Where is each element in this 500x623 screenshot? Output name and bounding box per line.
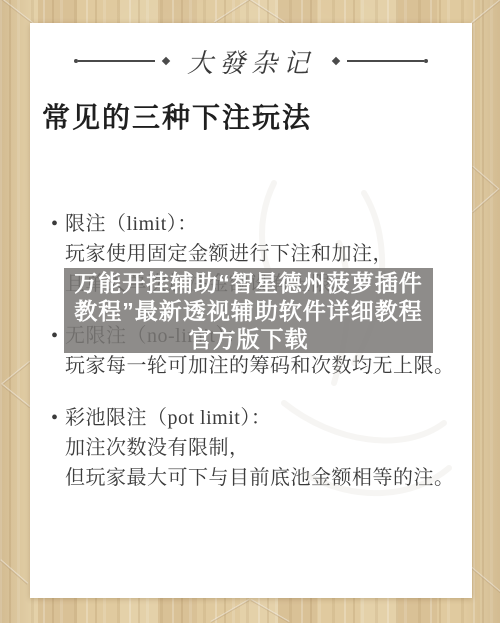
wood-seam <box>472 166 500 190</box>
logo: 大發杂记 <box>74 43 428 79</box>
wood-seam <box>250 599 289 623</box>
diamond-icon <box>162 57 170 65</box>
wood-seam <box>214 0 250 23</box>
wood-seam <box>1 384 30 408</box>
wood-background: 大發杂记 常见的三种下注玩法 • 限注（limit）： 玩家使用固定金额进行下注… <box>0 0 500 623</box>
wood-seam <box>1 361 30 385</box>
wood-seam <box>0 559 28 584</box>
bullet-icon: • <box>51 403 59 433</box>
item-line: 玩家使用固定金额进行下注和加注， <box>65 239 462 269</box>
line-end-dot-icon <box>424 59 428 63</box>
wood-seam <box>471 0 500 24</box>
bullet-icon: • <box>51 321 59 351</box>
item-heading: 限注（limit）： <box>65 209 462 239</box>
diamond-icon <box>332 57 340 65</box>
wood-seam <box>471 567 500 593</box>
wood-seam <box>210 599 249 623</box>
item-line: 玩家每一轮可加注的筹码和次数均无上限。 <box>65 351 462 381</box>
item-line: 加注次数没有限制， <box>65 433 462 463</box>
logo-text: 大發杂记 <box>177 43 325 80</box>
bullet-icon: • <box>51 209 59 239</box>
logo-rule-left <box>78 60 155 62</box>
promo-overlay-banner: 万能开挂辅助“智星德州菠萝插件教程”最新透视辅助软件详细教程官方版下载 <box>64 268 433 353</box>
wood-seam <box>472 189 500 213</box>
logo-rule-right <box>347 60 424 62</box>
wood-seam <box>249 0 285 23</box>
page-title: 常见的三种下注玩法 <box>42 99 472 139</box>
item-heading: 彩池限注（pot limit）： <box>65 403 462 433</box>
item-line: 但玩家最大可下与目前底池金额相等的注。 <box>65 463 462 493</box>
list-item: • 彩池限注（pot limit）： 加注次数没有限制， 但玩家最大可下与目前底… <box>65 403 462 493</box>
